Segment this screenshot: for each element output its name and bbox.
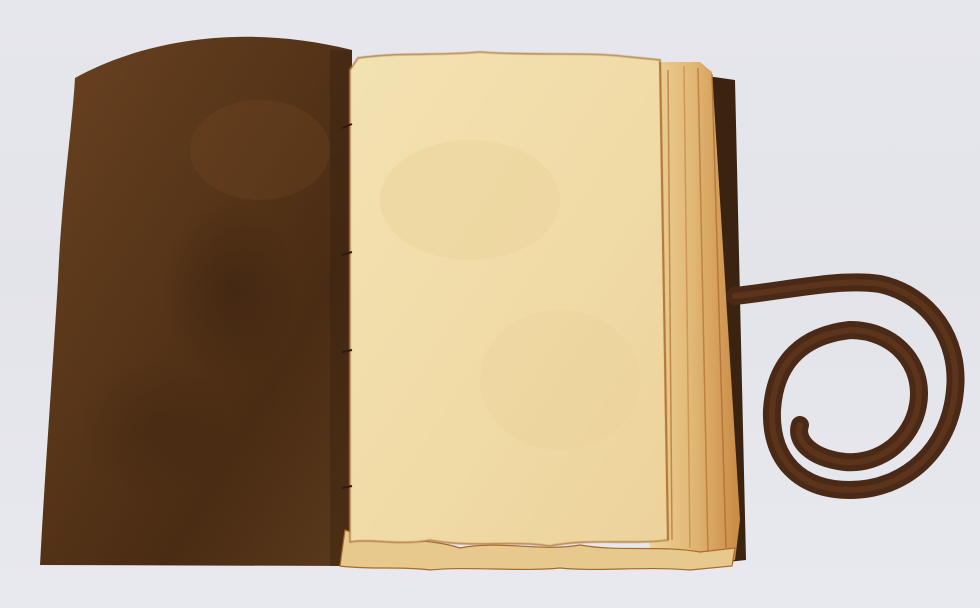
leather-strap <box>735 282 956 490</box>
leather-cover <box>40 37 352 566</box>
journal-photo-scene: Open leather-bound journal with aged, de… <box>0 0 980 608</box>
front-page <box>350 52 668 546</box>
journal-illustration <box>0 0 980 608</box>
